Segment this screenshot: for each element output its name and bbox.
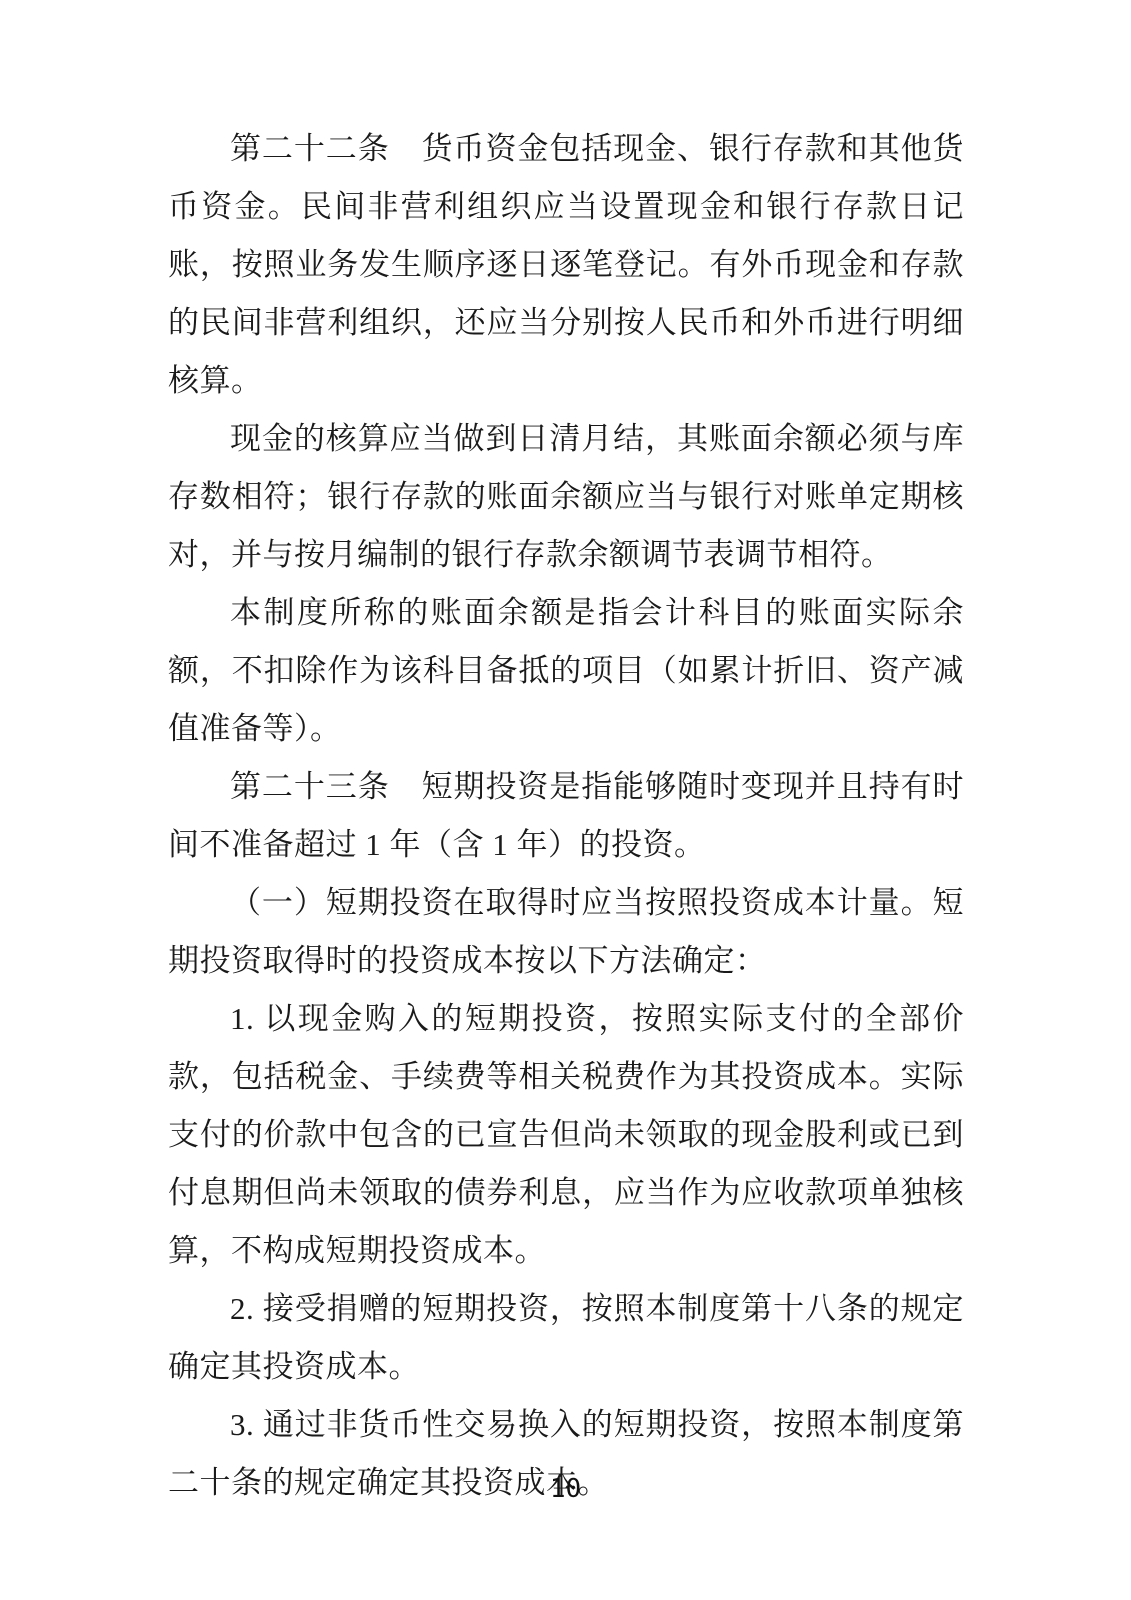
paragraph: 现金的核算应当做到日清月结，其账面余额必须与库存数相符；银行存款的账面余额应当与… — [168, 410, 964, 584]
document-page: 第二十二条 货币资金包括现金、银行存款和其他货币资金。民间非营利组织应当设置现金… — [0, 0, 1131, 1600]
page-number: 10 — [0, 1472, 1131, 1506]
paragraph: 第二十二条 货币资金包括现金、银行存款和其他货币资金。民间非营利组织应当设置现金… — [168, 120, 964, 410]
paragraph: （一）短期投资在取得时应当按照投资成本计量。短期投资取得时的投资成本按以下方法确… — [168, 874, 964, 990]
document-body: 第二十二条 货币资金包括现金、银行存款和其他货币资金。民间非营利组织应当设置现金… — [168, 120, 964, 1512]
paragraph: 第二十三条 短期投资是指能够随时变现并且持有时间不准备超过 1 年（含 1 年）… — [168, 758, 964, 874]
paragraph: 本制度所称的账面余额是指会计科目的账面实际余额，不扣除作为该科目备抵的项目（如累… — [168, 584, 964, 758]
paragraph: 2. 接受捐赠的短期投资，按照本制度第十八条的规定确定其投资成本。 — [168, 1280, 964, 1396]
paragraph: 1. 以现金购入的短期投资，按照实际支付的全部价款，包括税金、手续费等相关税费作… — [168, 990, 964, 1280]
